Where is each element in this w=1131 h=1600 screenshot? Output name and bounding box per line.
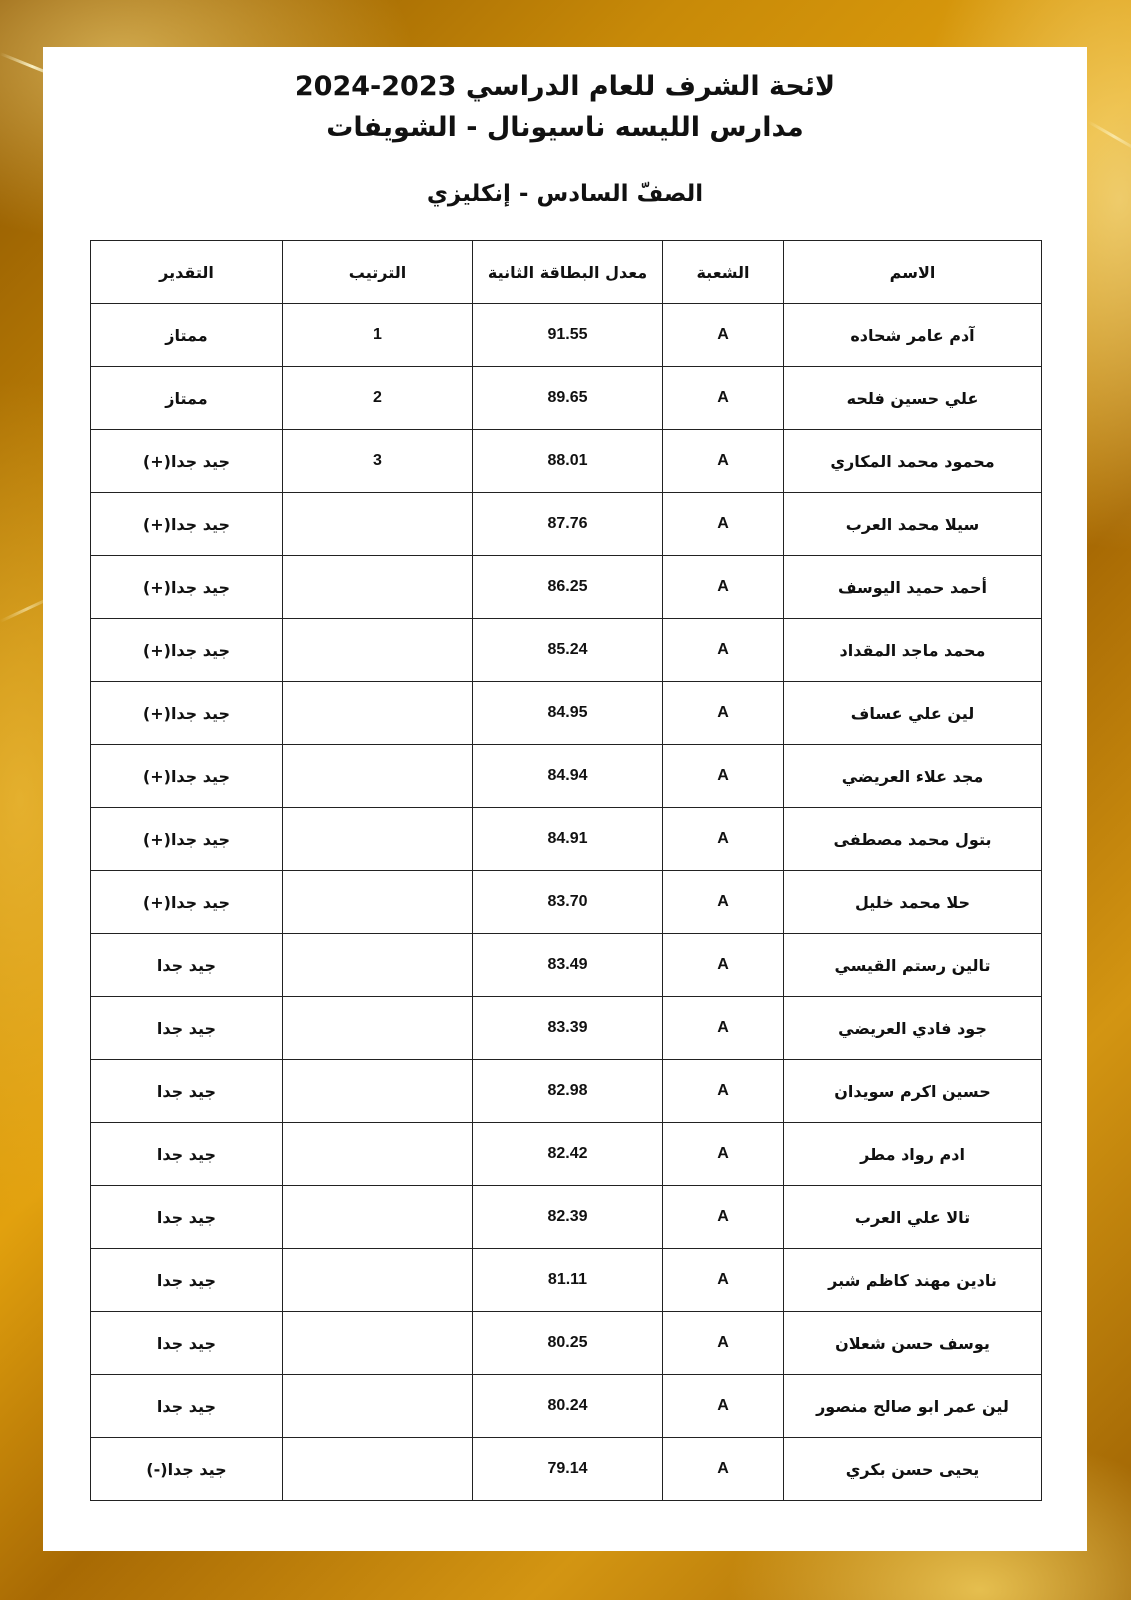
cell-grade: ممتاز xyxy=(91,304,283,367)
cell-name: يوسف حسن شعلان xyxy=(784,1312,1042,1375)
cell-name: آدم عامر شحاده xyxy=(784,304,1042,367)
cell-rank xyxy=(283,1375,473,1438)
cell-rank xyxy=(283,934,473,997)
cell-average: 82.39 xyxy=(473,1186,663,1249)
cell-average: 85.24 xyxy=(473,619,663,682)
cell-section: A xyxy=(663,304,784,367)
cell-section: A xyxy=(663,1060,784,1123)
column-header-name: الاسم xyxy=(784,241,1042,304)
cell-grade: جيد جدا xyxy=(91,1186,283,1249)
cell-section: A xyxy=(663,493,784,556)
table-row: لين عمر ابو صالح منصورA80.24جيد جدا xyxy=(91,1375,1042,1438)
cell-section: A xyxy=(663,367,784,430)
cell-average: 86.25 xyxy=(473,556,663,619)
cell-average: 83.49 xyxy=(473,934,663,997)
cell-section: A xyxy=(663,808,784,871)
table-row: حسين اكرم سويدانA82.98جيد جدا xyxy=(91,1060,1042,1123)
cell-average: 87.76 xyxy=(473,493,663,556)
column-header-rank: الترتيب xyxy=(283,241,473,304)
cell-grade: جيد جدا(+) xyxy=(91,682,283,745)
honor-table: الاسم الشعبة معدل البطاقة الثانية الترتي… xyxy=(90,240,1042,1501)
cell-name: أحمد حميد اليوسف xyxy=(784,556,1042,619)
cell-rank xyxy=(283,682,473,745)
cell-name: تالين رستم القيسي xyxy=(784,934,1042,997)
cell-average: 89.65 xyxy=(473,367,663,430)
cell-grade: جيد جدا xyxy=(91,934,283,997)
cell-rank xyxy=(283,1438,473,1501)
cell-average: 83.39 xyxy=(473,997,663,1060)
cell-rank xyxy=(283,1123,473,1186)
cell-rank xyxy=(283,1249,473,1312)
cell-average: 84.91 xyxy=(473,808,663,871)
cell-rank xyxy=(283,1060,473,1123)
cell-grade: جيد جدا(-) xyxy=(91,1438,283,1501)
cell-section: A xyxy=(663,997,784,1060)
cell-name: مجد علاء العريضي xyxy=(784,745,1042,808)
cell-grade: ممتاز xyxy=(91,367,283,430)
cell-name: يحيى حسن بكري xyxy=(784,1438,1042,1501)
cell-name: جود فادي العريضي xyxy=(784,997,1042,1060)
table-row: تالين رستم القيسيA83.49جيد جدا xyxy=(91,934,1042,997)
decorative-light-streak xyxy=(1087,120,1131,153)
cell-grade: جيد جدا xyxy=(91,1375,283,1438)
cell-grade: جيد جدا xyxy=(91,1312,283,1375)
cell-grade: جيد جدا xyxy=(91,1249,283,1312)
table-row: نادين مهند كاظم شبرA81.11جيد جدا xyxy=(91,1249,1042,1312)
cell-average: 82.98 xyxy=(473,1060,663,1123)
cell-section: A xyxy=(663,1186,784,1249)
cell-name: حسين اكرم سويدان xyxy=(784,1060,1042,1123)
cell-grade: جيد جدا(+) xyxy=(91,430,283,493)
column-header-average: معدل البطاقة الثانية xyxy=(473,241,663,304)
document-title: لائحة الشرف للعام الدراسي 2023-2024 xyxy=(43,70,1087,104)
table-row: سيلا محمد العربA87.76جيد جدا(+) xyxy=(91,493,1042,556)
cell-section: A xyxy=(663,871,784,934)
cell-rank xyxy=(283,1186,473,1249)
table-row: يوسف حسن شعلانA80.25جيد جدا xyxy=(91,1312,1042,1375)
table-row: حلا محمد خليلA83.70جيد جدا(+) xyxy=(91,871,1042,934)
cell-rank xyxy=(283,997,473,1060)
table-row: آدم عامر شحادهA91.551ممتاز xyxy=(91,304,1042,367)
cell-name: نادين مهند كاظم شبر xyxy=(784,1249,1042,1312)
cell-section: A xyxy=(663,1123,784,1186)
cell-section: A xyxy=(663,934,784,997)
honor-list-panel: لائحة الشرف للعام الدراسي 2023-2024 مدار… xyxy=(43,47,1087,1551)
cell-name: بتول محمد مصطفى xyxy=(784,808,1042,871)
table-row: يحيى حسن بكريA79.14جيد جدا(-) xyxy=(91,1438,1042,1501)
cell-name: سيلا محمد العرب xyxy=(784,493,1042,556)
cell-section: A xyxy=(663,745,784,808)
cell-grade: جيد جدا(+) xyxy=(91,745,283,808)
table-row: ادم رواد مطرA82.42جيد جدا xyxy=(91,1123,1042,1186)
cell-name: لين عمر ابو صالح منصور xyxy=(784,1375,1042,1438)
table-row: بتول محمد مصطفىA84.91جيد جدا(+) xyxy=(91,808,1042,871)
cell-name: علي حسين فلحه xyxy=(784,367,1042,430)
cell-average: 91.55 xyxy=(473,304,663,367)
cell-average: 80.24 xyxy=(473,1375,663,1438)
school-name: مدارس الليسه ناسيونال - الشويفات xyxy=(43,111,1087,145)
table-row: محمد ماجد المقدادA85.24جيد جدا(+) xyxy=(91,619,1042,682)
cell-grade: جيد جدا xyxy=(91,1060,283,1123)
table-row: محمود محمد المكاريA88.013جيد جدا(+) xyxy=(91,430,1042,493)
cell-rank xyxy=(283,871,473,934)
cell-grade: جيد جدا(+) xyxy=(91,556,283,619)
cell-grade: جيد جدا(+) xyxy=(91,808,283,871)
cell-name: محمد ماجد المقداد xyxy=(784,619,1042,682)
cell-average: 82.42 xyxy=(473,1123,663,1186)
table-row: تالا علي العربA82.39جيد جدا xyxy=(91,1186,1042,1249)
cell-rank xyxy=(283,619,473,682)
cell-grade: جيد جدا xyxy=(91,997,283,1060)
cell-average: 88.01 xyxy=(473,430,663,493)
cell-average: 84.94 xyxy=(473,745,663,808)
cell-rank: 3 xyxy=(283,430,473,493)
column-header-grade: التقدير xyxy=(91,241,283,304)
cell-section: A xyxy=(663,556,784,619)
cell-grade: جيد جدا(+) xyxy=(91,871,283,934)
cell-name: لين علي عساف xyxy=(784,682,1042,745)
cell-grade: جيد جدا(+) xyxy=(91,493,283,556)
cell-average: 84.95 xyxy=(473,682,663,745)
cell-average: 80.25 xyxy=(473,1312,663,1375)
cell-rank xyxy=(283,745,473,808)
table-row: مجد علاء العريضيA84.94جيد جدا(+) xyxy=(91,745,1042,808)
cell-average: 83.70 xyxy=(473,871,663,934)
cell-rank xyxy=(283,808,473,871)
table-row: جود فادي العريضيA83.39جيد جدا xyxy=(91,997,1042,1060)
cell-section: A xyxy=(663,430,784,493)
cell-grade: جيد جدا xyxy=(91,1123,283,1186)
cell-rank: 1 xyxy=(283,304,473,367)
class-label: الصفّ السادس - إنكليزي xyxy=(43,177,1087,211)
cell-section: A xyxy=(663,1312,784,1375)
cell-name: محمود محمد المكاري xyxy=(784,430,1042,493)
cell-rank xyxy=(283,1312,473,1375)
table-row: علي حسين فلحهA89.652ممتاز xyxy=(91,367,1042,430)
cell-section: A xyxy=(663,682,784,745)
table-row: أحمد حميد اليوسفA86.25جيد جدا(+) xyxy=(91,556,1042,619)
cell-rank xyxy=(283,556,473,619)
cell-section: A xyxy=(663,1249,784,1312)
table-row: لين علي عسافA84.95جيد جدا(+) xyxy=(91,682,1042,745)
cell-name: تالا علي العرب xyxy=(784,1186,1042,1249)
cell-grade: جيد جدا(+) xyxy=(91,619,283,682)
cell-rank: 2 xyxy=(283,367,473,430)
column-header-section: الشعبة xyxy=(663,241,784,304)
cell-average: 81.11 xyxy=(473,1249,663,1312)
cell-section: A xyxy=(663,619,784,682)
cell-rank xyxy=(283,493,473,556)
table-header-row: الاسم الشعبة معدل البطاقة الثانية الترتي… xyxy=(91,241,1042,304)
cell-name: حلا محمد خليل xyxy=(784,871,1042,934)
cell-name: ادم رواد مطر xyxy=(784,1123,1042,1186)
cell-section: A xyxy=(663,1375,784,1438)
cell-section: A xyxy=(663,1438,784,1501)
cell-average: 79.14 xyxy=(473,1438,663,1501)
